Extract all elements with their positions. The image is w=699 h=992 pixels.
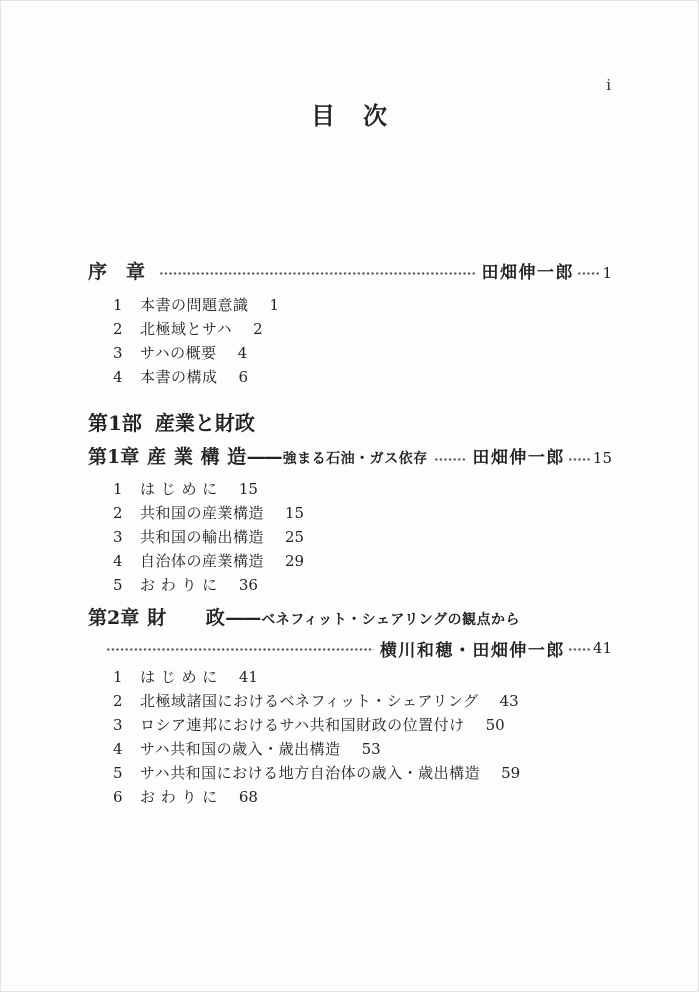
item-page: 43	[500, 694, 519, 709]
item-title: サハ共和国における地方自治体の歳入・歳出構造	[140, 766, 480, 781]
folio-page-number: i	[606, 78, 611, 93]
leader-dots	[568, 457, 590, 462]
item-number: 5	[113, 766, 140, 781]
author-name: 田畑伸一郎	[472, 448, 565, 468]
item-title: は じ め に	[140, 670, 218, 685]
item-page: 59	[501, 766, 520, 781]
leader-dots	[577, 271, 599, 276]
toc-item: 4 自治体の産業構造 29	[88, 549, 612, 573]
item-title: お わ り に	[140, 578, 218, 593]
part-label: 第1部	[88, 413, 142, 433]
item-number: 3	[113, 718, 140, 733]
author-name: 横川和穂・田畑伸一郎	[380, 636, 565, 661]
dash-separator: ——	[225, 608, 259, 628]
item-number: 3	[113, 346, 140, 361]
toc-entry-chapter-2: 第2章 財 政 —— ベネフィット・シェアリングの観点から	[88, 608, 612, 630]
toc-item: 6 お わ り に 68	[88, 785, 612, 809]
page-ref: 15	[593, 448, 612, 468]
item-title: は じ め に	[140, 482, 218, 497]
item-number: 5	[113, 578, 140, 593]
toc-entry-chapter-2-authors: 横川和穂・田畑伸一郎 41	[88, 636, 612, 660]
chapter-subtitle: 強まる石油・ガス依存	[283, 449, 428, 469]
item-number: 4	[113, 554, 140, 569]
intro-item-list: 1 本書の問題意識 1 2 北極域とサハ 2 3 サハの概要 4 4 本書の構成…	[88, 293, 612, 389]
chapter-label: 第2章	[88, 608, 139, 628]
toc-item: 4 サハ共和国の歳入・歳出構造 53	[88, 737, 612, 761]
toc-item: 5 お わ り に 36	[88, 573, 612, 597]
item-number: 2	[113, 694, 140, 709]
part-title: 産業と財政	[155, 413, 255, 433]
toc-item: 5 サハ共和国における地方自治体の歳入・歳出構造 59	[88, 761, 612, 785]
toc-page: i 目 次 序 章 田畑伸一郎 1 1 本書の問題意識 1 2 北極域とサハ 2…	[0, 0, 699, 992]
item-page: 50	[486, 718, 505, 733]
item-page: 41	[239, 670, 258, 685]
toc-item: 3 ロシア連邦におけるサハ共和国財政の位置付け 50	[88, 713, 612, 737]
chapter-subtitle: ベネフィット・シェアリングの観点から	[261, 610, 520, 630]
chapter1-item-list: 1 は じ め に 15 2 共和国の産業構造 15 3 共和国の輸出構造 25…	[88, 477, 612, 597]
toc-item: 1 は じ め に 41	[88, 665, 612, 689]
item-title: 本書の構成	[140, 370, 218, 385]
item-number: 2	[113, 322, 140, 337]
item-number: 3	[113, 530, 140, 545]
item-page: 1	[270, 298, 280, 313]
leader-dots	[434, 457, 467, 462]
dash-separator: ——	[247, 447, 281, 467]
item-number: 4	[113, 742, 140, 757]
toc-item: 4 本書の構成 6	[88, 365, 612, 389]
item-page: 29	[285, 554, 304, 569]
item-page: 6	[239, 370, 249, 385]
chapter-label: 序 章	[88, 262, 145, 282]
item-page: 15	[285, 506, 304, 521]
toc-item: 3 共和国の輸出構造 25	[88, 525, 612, 549]
item-title: お わ り に	[140, 790, 218, 805]
item-title: 北極域とサハ	[140, 322, 232, 337]
item-title: ロシア連邦におけるサハ共和国財政の位置付け	[140, 718, 465, 733]
item-number: 4	[113, 370, 140, 385]
item-page: 36	[239, 578, 258, 593]
part-heading: 第1部 産業と財政	[88, 413, 612, 433]
item-page: 15	[239, 482, 258, 497]
item-title: 北極域諸国におけるベネフィット・シェアリング	[140, 694, 479, 709]
item-page: 2	[253, 322, 263, 337]
item-number: 1	[113, 670, 140, 685]
leader-dots	[568, 647, 590, 652]
item-number: 1	[113, 482, 140, 497]
item-page: 68	[239, 790, 258, 805]
item-title: 共和国の輸出構造	[140, 530, 264, 545]
page-ref: 41	[593, 639, 612, 657]
page-title: 目 次	[88, 103, 612, 129]
item-title: サハ共和国の歳入・歳出構造	[140, 742, 341, 757]
item-title: 本書の問題意識	[140, 298, 249, 313]
item-page: 4	[238, 346, 248, 361]
item-page: 25	[285, 530, 304, 545]
toc-item: 2 共和国の産業構造 15	[88, 501, 612, 525]
leader-dots	[159, 271, 475, 276]
item-number: 6	[113, 790, 140, 805]
chapter-label: 第1章	[88, 447, 139, 467]
item-page: 53	[362, 742, 381, 757]
page-ref: 1	[602, 263, 612, 283]
toc-item: 3 サハの概要 4	[88, 341, 612, 365]
toc-item: 2 北極域とサハ 2	[88, 317, 612, 341]
toc-entry-chapter-1: 第1章 産 業 構 造 —— 強まる石油・ガス依存 田畑伸一郎 15	[88, 447, 612, 469]
item-number: 2	[113, 506, 140, 521]
author-name: 田畑伸一郎	[482, 263, 575, 283]
item-number: 1	[113, 298, 140, 313]
chapter-title: 財 政	[147, 608, 225, 628]
toc-entry-intro-chapter: 序 章 田畑伸一郎 1	[88, 262, 612, 283]
chapter-title: 産 業 構 造	[147, 447, 246, 467]
leader-dots	[106, 647, 374, 652]
item-title: 自治体の産業構造	[140, 554, 264, 569]
toc-item: 1 は じ め に 15	[88, 477, 612, 501]
chapter2-item-list: 1 は じ め に 41 2 北極域諸国におけるベネフィット・シェアリング 43…	[88, 665, 612, 809]
item-title: 共和国の産業構造	[140, 506, 264, 521]
toc-item: 1 本書の問題意識 1	[88, 293, 612, 317]
item-title: サハの概要	[140, 346, 217, 361]
toc-item: 2 北極域諸国におけるベネフィット・シェアリング 43	[88, 689, 612, 713]
